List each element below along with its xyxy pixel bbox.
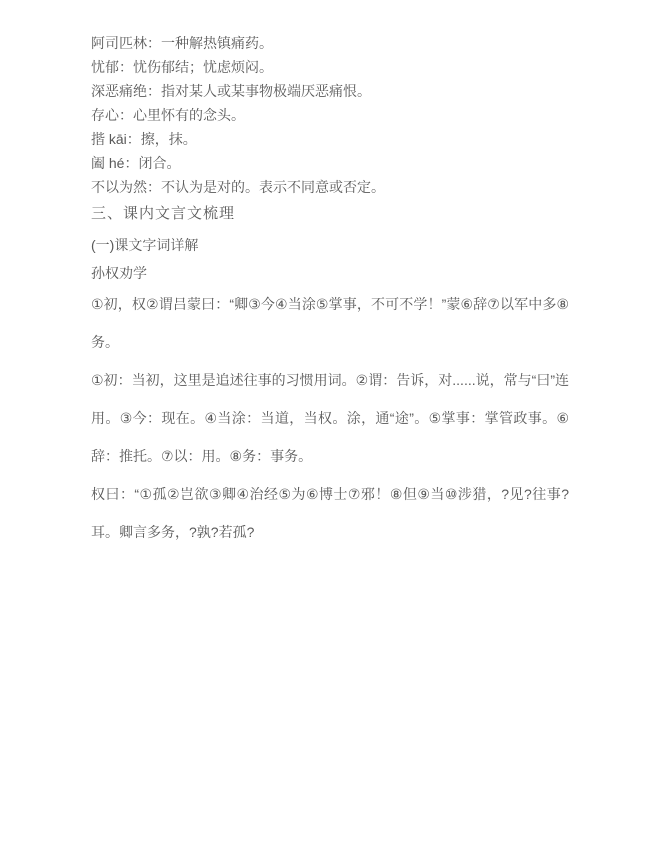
definition-entry: 不以为然：不认为是对的。表示不同意或否定。 xyxy=(91,175,569,199)
section-subheading: (一)课文字词详解 xyxy=(91,230,569,261)
definition-entry: 阖 hé：闭合。 xyxy=(91,151,569,175)
classical-text-paragraph: 权曰：“①孤②岂欲③卿④治经⑤为⑥博士⑦邪！⑧但⑨当⑩涉猎，?见?往事?耳。卿言… xyxy=(91,475,569,551)
definition-entry: 阿司匹林：一种解热镇痛药。 xyxy=(91,31,569,55)
definition-entry: 存心：心里怀有的念头。 xyxy=(91,103,569,127)
classical-text-paragraph: ①初，权②谓吕蒙曰：“卿③今④当涂⑤掌事，不可不学！”蒙⑥辞⑦以军中多⑧务。 xyxy=(91,285,569,361)
document-page: 阿司匹林：一种解热镇痛药。 忧郁：忧伤郁结；忧虑烦闷。 深恶痛绝：指对某人或某事… xyxy=(91,0,569,551)
definition-entry: 揩 kāi：擦，抹。 xyxy=(91,127,569,151)
definition-entry: 忧郁：忧伤郁结；忧虑烦闷。 xyxy=(91,55,569,79)
annotation-paragraph: ①初：当初，这里是追述往事的习惯用词。②谓：告诉，对......说，常与“曰”连… xyxy=(91,361,569,475)
definition-entry: 深恶痛绝：指对某人或某事物极端厌恶痛恨。 xyxy=(91,79,569,103)
lesson-title: 孙权劝学 xyxy=(91,261,569,285)
section-heading: 三、课内文言文梳理 xyxy=(91,199,569,230)
